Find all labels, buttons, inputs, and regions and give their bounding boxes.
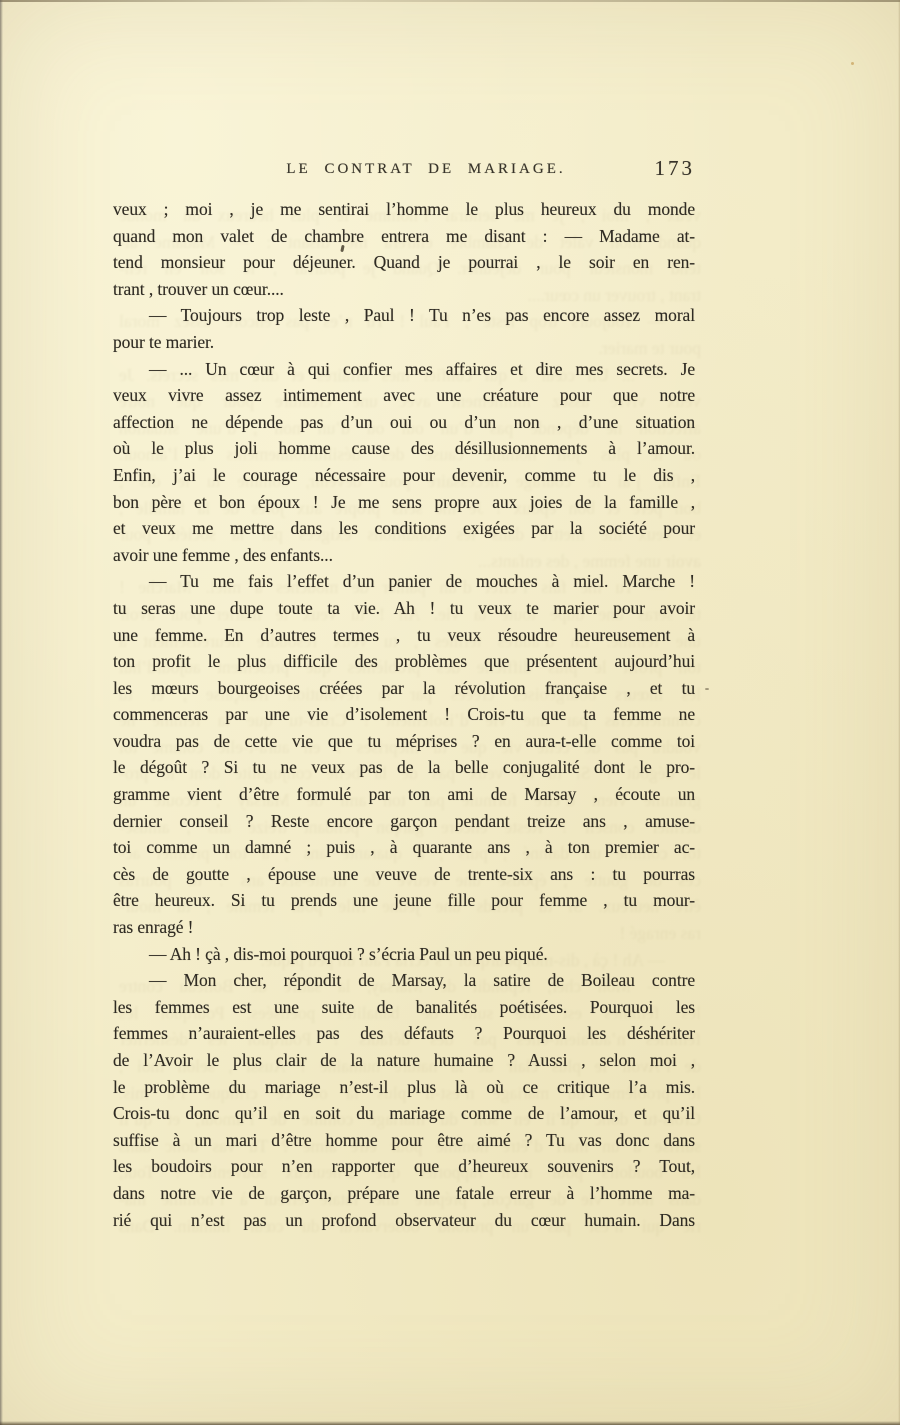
text-line: — Toujours trop leste , Paul ! Tu n’es p… — [113, 302, 695, 329]
text-line: affection ne dépende pas d’un oui ou d’u… — [113, 409, 695, 436]
paper-speck — [705, 688, 709, 690]
text-line: tu seras une dupe toute ta vie. Ah ! tu … — [113, 595, 695, 622]
text-line: être heureux. Si tu prends une jeune fil… — [113, 887, 695, 914]
text-line: — Tu me fais l’effet d’un panier de mouc… — [113, 568, 695, 595]
scan-edge-bottom — [0, 1421, 900, 1425]
book-page-scan: LE CONTRAT DE MARIAGE. 173 veux ; moi , … — [0, 0, 900, 1425]
text-line: suffise à un mari d’être homme pour être… — [113, 1127, 695, 1154]
text-line: tend monsieur pour déjeuner. Quand je po… — [113, 249, 695, 276]
page-number: 173 — [655, 156, 696, 181]
text-line: et veux me mettre dans les conditions ex… — [113, 515, 695, 542]
text-line: gramme vient d’être formulé par ton ami … — [113, 781, 695, 808]
text-line: veux ; moi , je me sentirai l’homme le p… — [113, 196, 695, 223]
text-line: de l’Avoir le plus clair de la nature hu… — [113, 1047, 695, 1074]
running-title: LE CONTRAT DE MARIAGE. — [286, 161, 565, 178]
text-line: avoir une femme , des enfants... — [113, 542, 695, 569]
text-line: quand mon valet de chambre entrera me di… — [113, 223, 695, 250]
scan-edge-top — [0, 0, 900, 2]
text-line: les boudoirs pour n’en rapporter que d’h… — [113, 1153, 695, 1180]
text-line: Crois-tu donc qu’il en soit du mariage c… — [113, 1100, 695, 1127]
text-line: commenceras par une vie d’isolement ! Cr… — [113, 701, 695, 728]
text-line: ras enragé ! — [113, 914, 695, 941]
text-line: les femmes est une suite de banalités po… — [113, 994, 695, 1021]
text-line: où le plus joli homme cause des désillus… — [113, 435, 695, 462]
text-line: bon père et bon époux ! Je me sens propr… — [113, 489, 695, 516]
text-line: le dégoût ? Si tu ne veux pas de la bell… — [113, 754, 695, 781]
text-line: — Mon cher, répondit de Marsay, la satir… — [113, 967, 695, 994]
scan-edge-left — [0, 0, 3, 1425]
text-block: veux ; moi , je me sentirai l’homme le p… — [113, 196, 695, 1233]
text-line: — ... Un cœur à qui confier mes affaires… — [113, 356, 695, 383]
text-line: veux vivre assez intimement avec une cré… — [113, 382, 695, 409]
text-line: les mœurs bourgeoises créées par la révo… — [113, 675, 695, 702]
text-line: toi comme un damné ; puis , à quarante a… — [113, 834, 695, 861]
text-line: voudra pas de cette vie que tu méprises … — [113, 728, 695, 755]
text-line: trant , trouver un cœur.... — [113, 276, 695, 303]
text-line: cès de goutte , épouse une veuve de tren… — [113, 861, 695, 888]
text-line: dernier conseil ? Reste encore garçon pe… — [113, 808, 695, 835]
text-line: ton profit le plus difficile des problèm… — [113, 648, 695, 675]
text-line: rié qui n’est pas un profond observateur… — [113, 1207, 695, 1234]
paper-speck — [851, 62, 854, 65]
text-line: dans notre vie de garçon, prépare une fa… — [113, 1180, 695, 1207]
text-line: Enfin, j’ai le courage nécessaire pour d… — [113, 462, 695, 489]
text-line: pour te marier. — [113, 329, 695, 356]
text-line: le problème du mariage n’est-il plus là … — [113, 1074, 695, 1101]
text-line: une femme. En d’autres termes , tu veux … — [113, 622, 695, 649]
text-line: — Ah ! çà , dis-moi pourquoi ? s’écria P… — [113, 941, 695, 968]
text-line: femmes n’auraient-elles pas des défauts … — [113, 1020, 695, 1047]
